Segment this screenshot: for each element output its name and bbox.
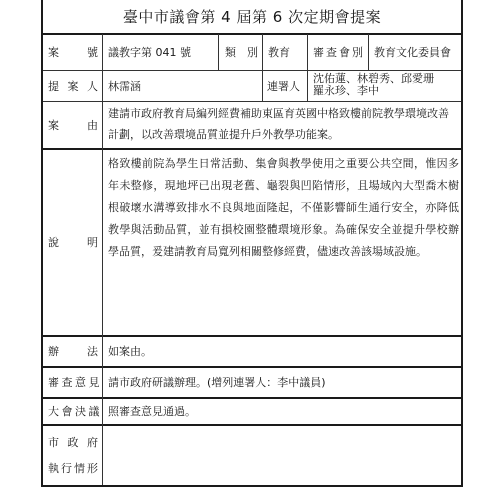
label-char: 案 [48,46,59,59]
proposer-value: 林霈涵 [103,71,262,101]
proposer-label: 提 案 人 [43,71,102,101]
label-char: 類 [225,46,236,59]
review-committee-value: 教育文化委員會 [369,34,463,70]
city-execution-value [103,426,463,485]
label-char: 由 [87,119,98,132]
label-char: 別 [247,46,258,59]
category-value: 教育 [263,34,307,70]
proposal-form: 臺中市議會第 4 屆第 6 次定期會提案 案 號 議教字第 041 號 類 別 … [41,0,463,487]
label-char: 案 [48,119,59,132]
label-char: 明 [87,236,98,249]
label-char: 執 [48,462,59,475]
label-char: 案 [68,80,79,93]
label-char: 說 [48,236,59,249]
cosigners-line: 羅永珍、李中 [313,85,459,97]
label-char: 辦 [48,345,59,358]
assembly-resolution-value: 照審查意見通過。 [103,399,463,424]
assembly-resolution-label: 大會決議 [43,399,102,424]
method-label: 辦 法 [43,337,102,366]
review-opinion-label: 審查意見 [43,368,102,397]
label-char: 人 [87,80,98,93]
reason-label: 案 由 [43,102,102,148]
method-value: 如案由。 [103,337,463,366]
label-line: 市 政 府 [48,436,98,449]
label-char: 號 [87,46,98,59]
document-title: 臺中市議會第 4 屆第 6 次定期會提案 [43,2,461,32]
label-char: 市 [48,436,59,449]
label-char: 政 [68,436,79,449]
label-char: 情 [74,462,85,475]
label-char: 形 [87,462,98,475]
review-committee-label: 審查會別 [308,34,368,70]
explanation-label: 說 明 [43,150,102,335]
cosigners-value: 沈佑蓮、林碧秀、邱愛珊 羅永珍、李中 [308,71,463,101]
label-char: 提 [48,80,59,93]
review-opinion-value: 請市政府研議辦理。(增列連署人：李中議員) [103,368,463,397]
category-label: 類 別 [219,34,262,70]
reason-value: 建請市政府教育局編列經費補助東區育英國中格致樓前院教學環境改善計劃，以改善環境品… [103,102,463,148]
explanation-value: 格致樓前院為學生日常活動、集會與教學使用之重要公共空間，惟因多年未整修，現地坪已… [103,150,463,335]
city-execution-label: 市 政 府 執 行 情 形 [43,426,102,485]
label-char: 府 [87,436,98,449]
case-no-value: 議教字第 041 號 [103,34,218,70]
case-no-label: 案 號 [43,34,102,70]
label-char: 行 [61,462,72,475]
cosigners-label: 連署人 [263,71,307,101]
label-char: 法 [87,345,98,358]
label-line: 執 行 情 形 [48,462,98,475]
